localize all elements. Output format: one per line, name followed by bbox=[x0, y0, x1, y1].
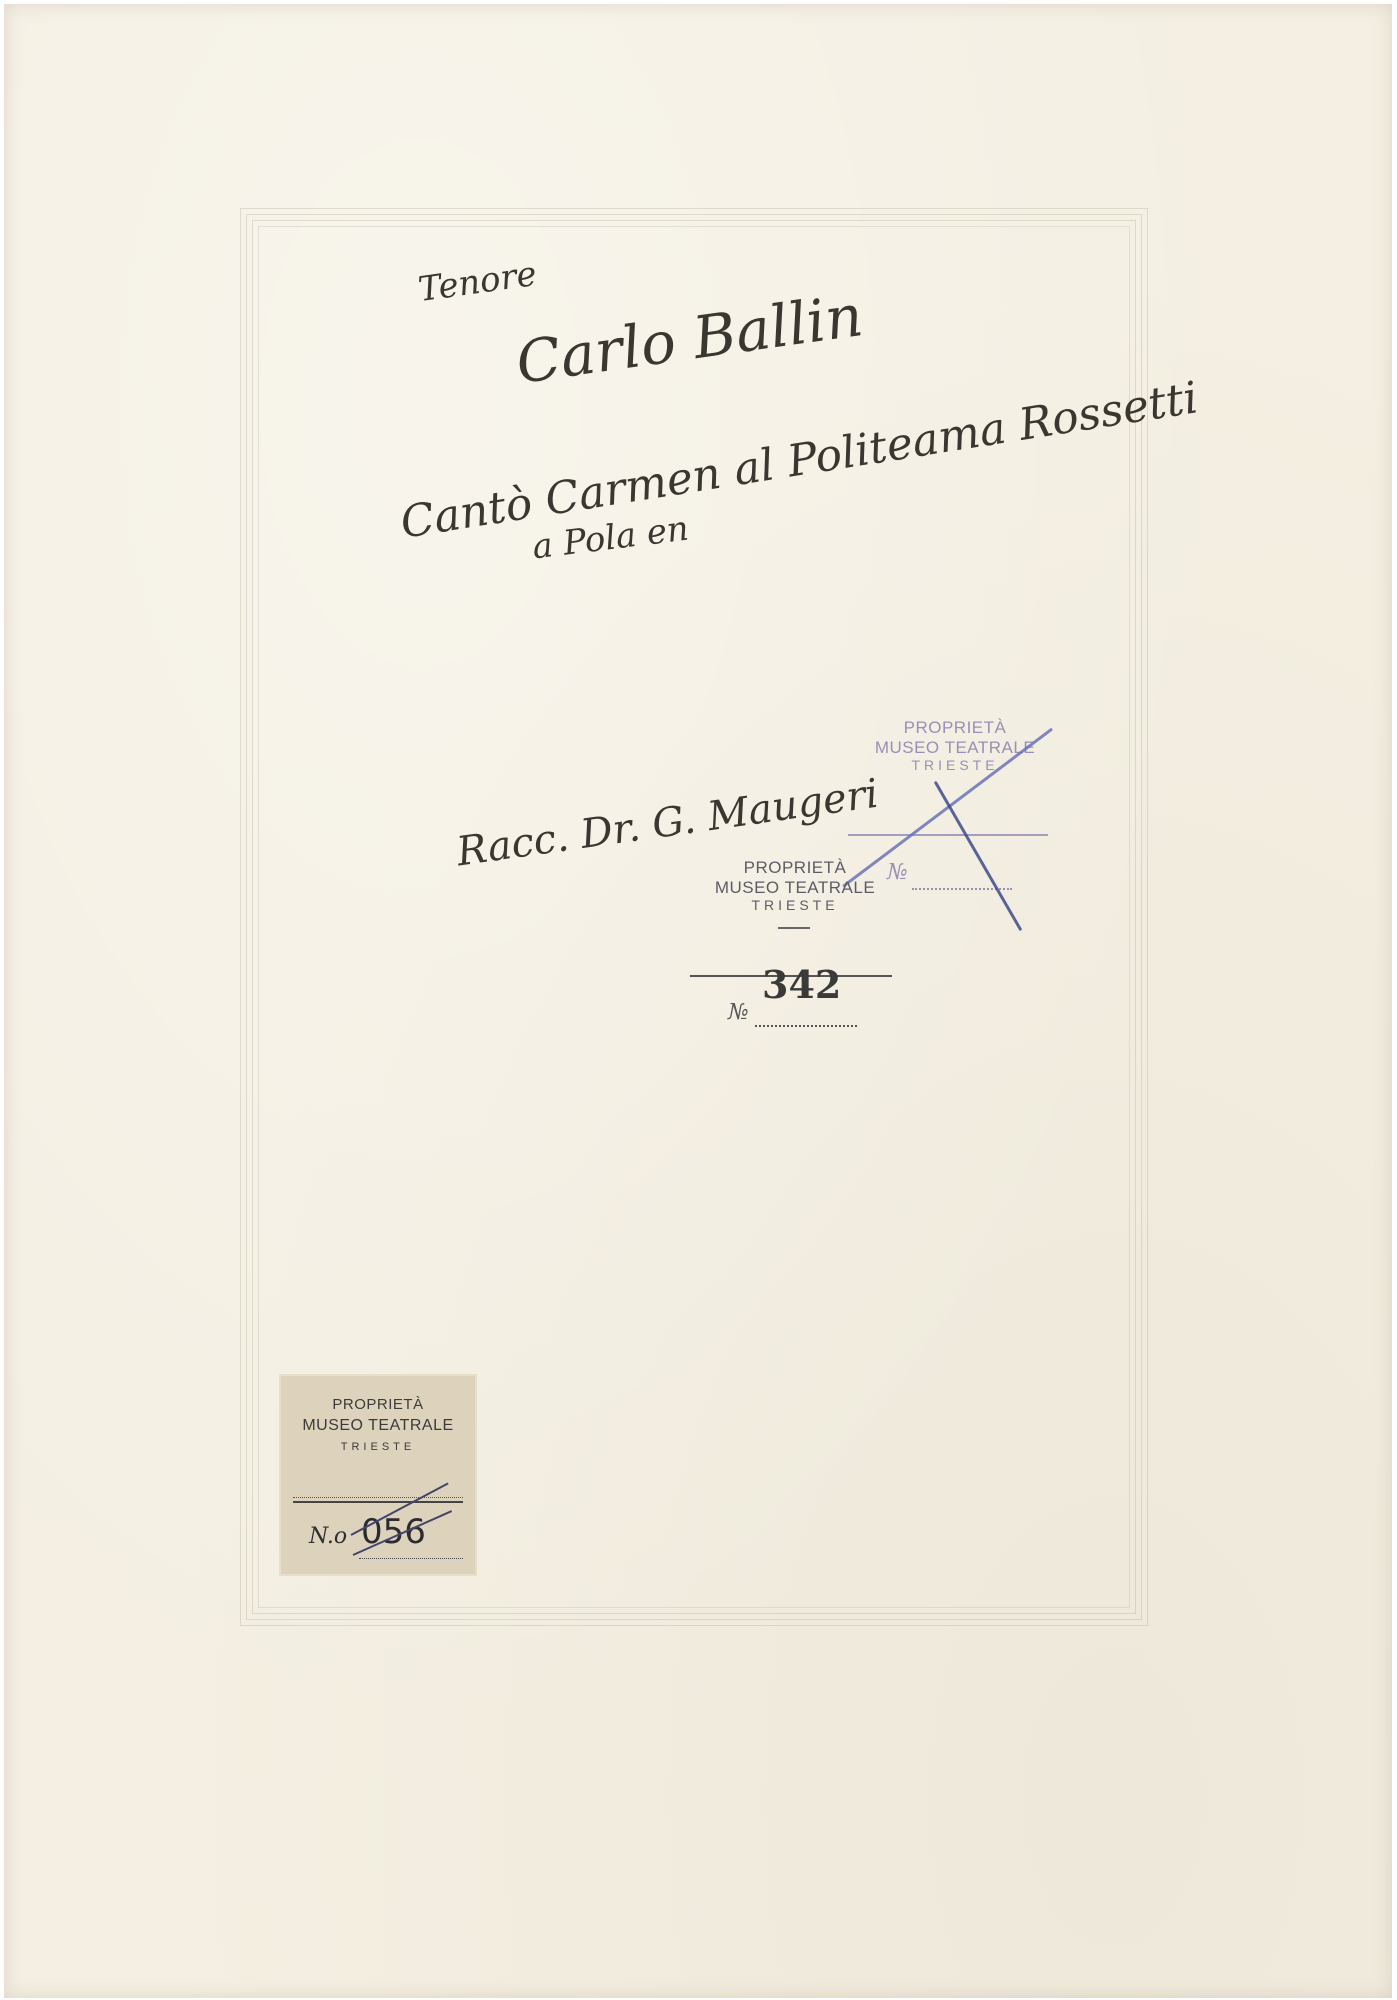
museum-label-sticker: PROPRIETÀ MUSEO TEATRALE TRIESTE N.o 056 bbox=[281, 1376, 475, 1574]
label-line-3: TRIESTE bbox=[281, 1441, 475, 1453]
stamp-rule bbox=[778, 927, 810, 929]
stamp-line-3: TRIESTE bbox=[855, 757, 1055, 773]
stamp-line-2: MUSEO TEATRALE bbox=[705, 878, 885, 898]
stamp-line-1: PROPRIETÀ bbox=[705, 858, 885, 878]
grey-ownership-stamp: PROPRIETÀ MUSEO TEATRALE TRIESTE bbox=[705, 858, 885, 913]
label-number-line bbox=[359, 1558, 463, 1559]
violet-ownership-stamp: PROPRIETÀ MUSEO TEATRALE TRIESTE bbox=[855, 718, 1055, 773]
stamp-line-3: TRIESTE bbox=[705, 897, 885, 913]
stamp-number-sign: № bbox=[887, 860, 908, 885]
stamp-rule bbox=[848, 834, 1048, 836]
stamp-line-1: PROPRIETÀ bbox=[855, 718, 1055, 738]
label-line-1: PROPRIETÀ bbox=[281, 1396, 475, 1413]
stamp-number-sign: № bbox=[728, 1000, 749, 1025]
stamp-number-line bbox=[755, 1025, 857, 1027]
label-dotted-rule bbox=[293, 1497, 463, 1498]
label-number-prefix: N.o bbox=[309, 1524, 347, 1549]
label-rule bbox=[293, 1501, 463, 1503]
inventory-number: 342 bbox=[762, 962, 841, 1007]
label-line-2: MUSEO TEATRALE bbox=[281, 1417, 475, 1435]
